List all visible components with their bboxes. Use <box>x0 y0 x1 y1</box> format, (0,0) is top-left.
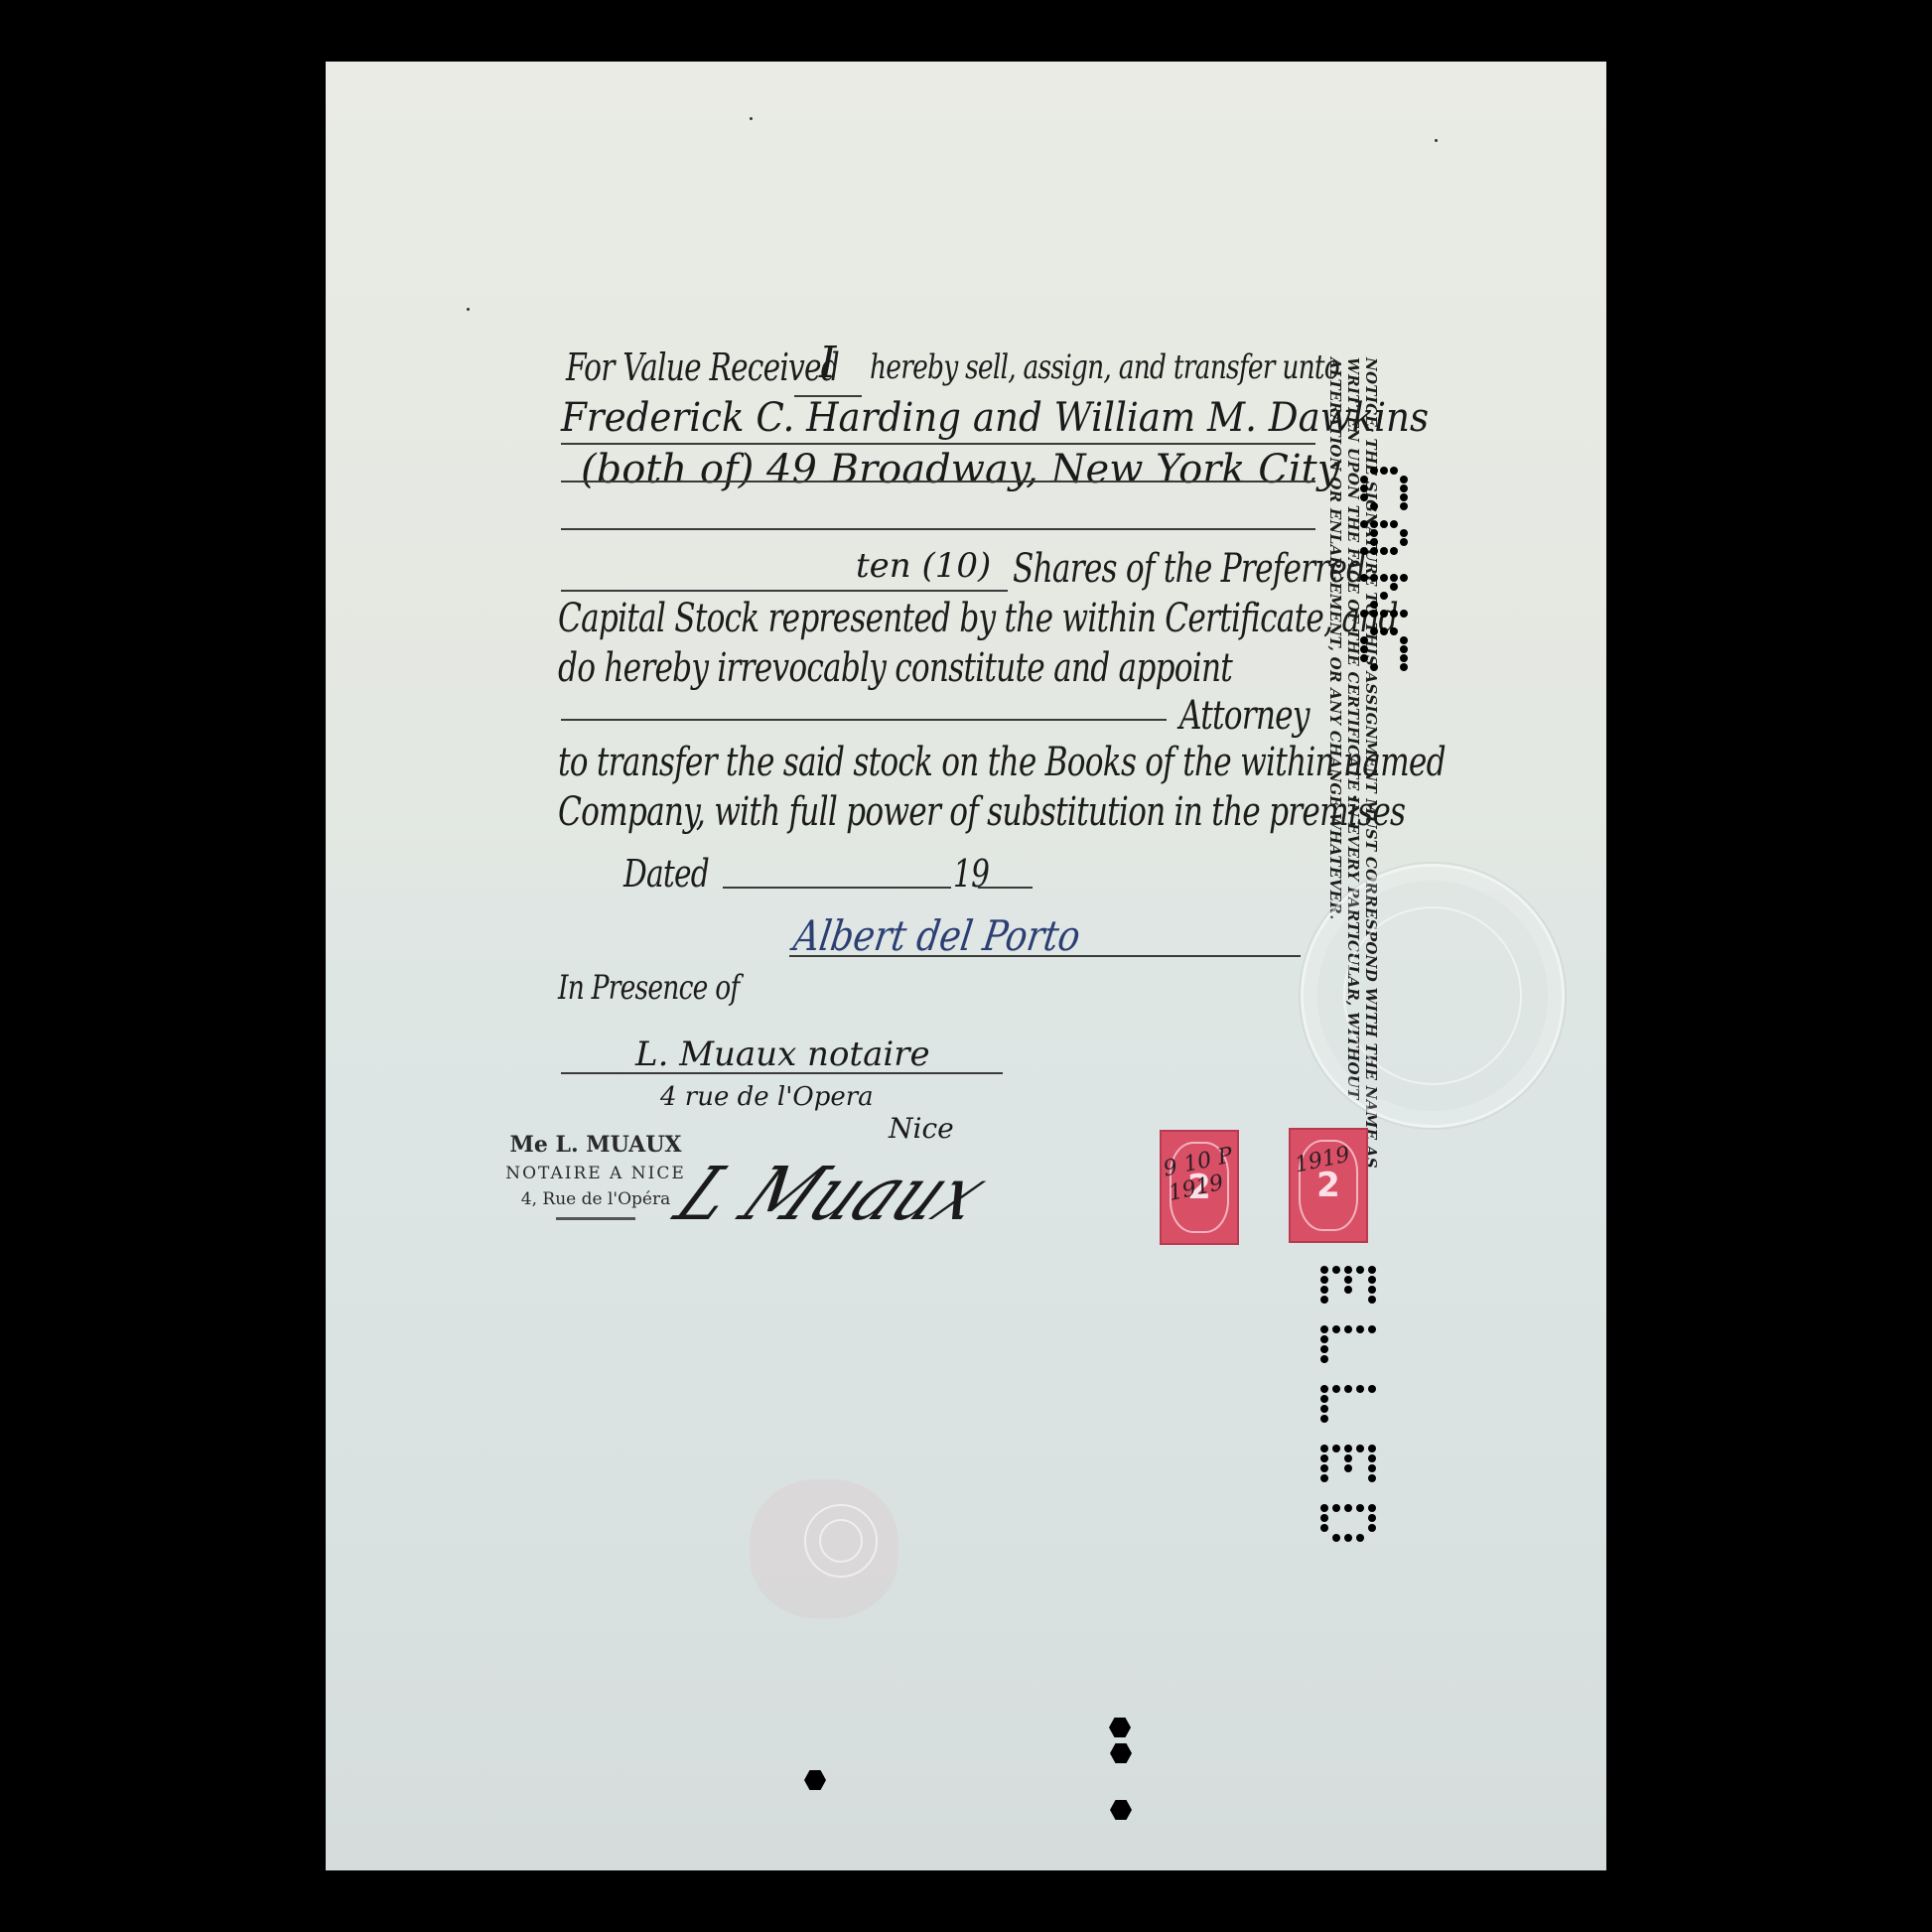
witness-city: Nice <box>889 1112 954 1145</box>
perforation-dot <box>1400 574 1408 582</box>
perforation-dot <box>1390 467 1398 475</box>
perforation-dot <box>1332 1445 1340 1452</box>
company-text: Company, with full power of substitution… <box>558 789 1405 835</box>
year-line <box>978 887 1033 889</box>
perforation-dot <box>1400 529 1408 537</box>
perforation-dot <box>1320 1296 1328 1304</box>
perforation-dot <box>1344 1464 1352 1472</box>
embossed-revenue-mark <box>750 1479 898 1618</box>
revenue-stamp-2: 2 1919 <box>1289 1128 1368 1243</box>
perforation-dot <box>1390 627 1398 635</box>
paper-speck <box>750 117 753 120</box>
emboss-ring-inner <box>819 1519 863 1563</box>
perforation-dot <box>1400 663 1408 671</box>
perforation-dot <box>1390 574 1398 582</box>
signature-line <box>789 955 1301 957</box>
perforation-dot <box>1400 476 1408 483</box>
perforation-dot <box>1360 636 1368 644</box>
perforation-dot <box>1370 502 1378 510</box>
perforation-dot <box>1320 1345 1328 1353</box>
dated-label: Dated <box>623 852 709 896</box>
perforation-dot <box>1356 1325 1364 1333</box>
perforation-dot <box>1344 1454 1352 1462</box>
perforation-dot <box>1368 1276 1376 1284</box>
perforation-dot <box>1332 1534 1340 1542</box>
perforation-dot <box>1344 1286 1352 1294</box>
perforation-dot <box>1360 610 1368 618</box>
perforation-dot <box>1344 1445 1352 1452</box>
corporate-seal <box>1301 864 1565 1128</box>
notary-stamp-title: NOTAIRE A NICE <box>477 1164 715 1183</box>
seal-inner-ring <box>1343 906 1522 1085</box>
perforation-dot <box>1370 467 1378 475</box>
perforation-dot <box>1400 645 1408 653</box>
shares-line <box>561 590 1008 592</box>
date-line <box>723 887 951 889</box>
perforation-dot <box>1344 1276 1352 1284</box>
perforation-dot <box>1368 1514 1376 1522</box>
paper-speck <box>1435 139 1438 142</box>
perforation-dot <box>1320 1355 1328 1363</box>
perforation-dot <box>1400 610 1408 618</box>
perforation-dot <box>1360 476 1368 483</box>
for-value-received-label: For Value Received <box>566 345 839 389</box>
perforation-dot <box>1380 520 1388 528</box>
perforation-dot <box>1368 1286 1376 1294</box>
perforation-dot <box>1370 663 1378 671</box>
shares-label: Shares of the Preferred <box>1013 546 1365 592</box>
perforation-dot <box>1360 654 1368 662</box>
perforation-dot <box>1320 1445 1328 1452</box>
perforation-dot <box>1320 1504 1328 1512</box>
perforation-dot <box>1370 547 1378 555</box>
perforation-dot <box>1370 529 1378 537</box>
perforation-dot <box>1320 1266 1328 1274</box>
perforation-dot <box>1344 1504 1352 1512</box>
perforation-dot <box>1320 1335 1328 1343</box>
perforation-dot <box>1390 520 1398 528</box>
perforation-dot <box>1368 1504 1376 1512</box>
perforation-dot <box>1360 520 1368 528</box>
paper-speck <box>467 308 470 311</box>
attorney-label: Attorney <box>1179 693 1310 739</box>
perforation-cancel-top <box>1360 467 1410 784</box>
perforation-dot <box>1360 493 1368 501</box>
capital-stock-text: Capital Stock represented by the within … <box>558 596 1398 641</box>
perforation-dot <box>1320 1325 1328 1333</box>
perforation-dot <box>1356 1534 1364 1542</box>
perforation-dot <box>1380 467 1388 475</box>
perforation-dot <box>1332 1325 1340 1333</box>
perforation-dot <box>1320 1514 1328 1522</box>
perforation-dot <box>1370 601 1378 609</box>
notary-stamp-name: Me L. MUAUX <box>477 1132 715 1158</box>
perforation-dot <box>1390 610 1398 618</box>
perforation-dot <box>1368 1445 1376 1452</box>
perforation-dot <box>1332 1385 1340 1393</box>
perforation-dot <box>1344 1534 1352 1542</box>
perforation-dot <box>1320 1286 1328 1294</box>
assignor-signature: Albert del Porto <box>790 911 1083 960</box>
perforation-dot <box>1356 1504 1364 1512</box>
assignee-line-1 <box>561 443 1315 445</box>
perforation-dot <box>1368 1325 1376 1333</box>
perforation-dot <box>1368 1464 1376 1472</box>
perforation-dot <box>1380 574 1388 582</box>
perforation-dot <box>1332 1504 1340 1512</box>
transfer-text: to transfer the said stock on the Books … <box>558 740 1446 785</box>
perforation-dot <box>1332 1266 1340 1274</box>
perforation-dot <box>1368 1474 1376 1482</box>
revenue-stamp-1: 2 9 10 P 1919 <box>1160 1130 1239 1245</box>
perforation-dot <box>1368 1296 1376 1304</box>
perforation-dot <box>1360 547 1368 555</box>
transfer-unto-label: hereby sell, assign, and transfer unto <box>870 347 1339 387</box>
assignor-pronoun: I <box>819 338 836 388</box>
shares-count: ten (10) <box>856 546 991 586</box>
witness-address: 4 rue de l'Opera <box>660 1082 874 1112</box>
assignee-line-2 <box>561 481 1315 483</box>
assignee-names: Frederick C. Harding and William M. Dawk… <box>561 395 1429 441</box>
perforation-dot <box>1400 538 1408 546</box>
perforation-dot <box>1390 547 1398 555</box>
notary-stamp-ornament <box>556 1217 635 1220</box>
perforation-dot <box>1320 1415 1328 1423</box>
perforation-cancel-bottom <box>1320 1266 1400 1593</box>
perforation-dot <box>1344 1266 1352 1274</box>
perforation-dot <box>1380 627 1388 635</box>
perforation-dot <box>1380 592 1388 600</box>
perforation-dot <box>1400 493 1408 501</box>
perforation-dot <box>1400 484 1408 492</box>
assignee-line-3 <box>561 528 1315 530</box>
perforation-dot <box>1380 547 1388 555</box>
perforation-dot <box>1370 574 1378 582</box>
witness-name: L. Muaux notaire <box>635 1035 930 1074</box>
perforation-dot <box>1320 1454 1328 1462</box>
perforation-dot <box>1356 1385 1364 1393</box>
perforation-dot <box>1320 1276 1328 1284</box>
perforation-dot <box>1368 1266 1376 1274</box>
perforation-dot <box>1368 1524 1376 1532</box>
witness-line <box>561 1072 1003 1074</box>
in-presence-of-label: In Presence of <box>558 968 739 1008</box>
perforation-dot <box>1356 1445 1364 1452</box>
notary-stamp-address: 4, Rue de l'Opéra <box>477 1189 715 1209</box>
perforation-dot <box>1400 636 1408 644</box>
perforation-dot <box>1344 1325 1352 1333</box>
perforation-dot <box>1320 1405 1328 1413</box>
perforation-dot <box>1360 645 1368 653</box>
perforation-dot <box>1320 1395 1328 1403</box>
appoint-text: do hereby irrevocably constitute and app… <box>558 645 1232 691</box>
perforation-dot <box>1320 1474 1328 1482</box>
perforation-dot <box>1320 1524 1328 1532</box>
perforation-dot <box>1400 502 1408 510</box>
notary-stamp: Me L. MUAUX NOTAIRE A NICE 4, Rue de l'O… <box>477 1132 715 1220</box>
attorney-line <box>561 719 1167 721</box>
perforation-dot <box>1368 1454 1376 1462</box>
perforation-dot <box>1368 1385 1376 1393</box>
perforation-dot <box>1360 574 1368 582</box>
perforation-dot <box>1370 610 1378 618</box>
perforation-dot <box>1360 484 1368 492</box>
perforation-dot <box>1390 583 1398 591</box>
assignee-address: (both of) 49 Broadway, New York City <box>581 447 1339 492</box>
perforation-dot <box>1370 520 1378 528</box>
year-prefix: 19 <box>953 852 989 896</box>
perforation-dot <box>1400 654 1408 662</box>
perforation-dot <box>1380 610 1388 618</box>
perforation-dot <box>1344 1385 1352 1393</box>
perforation-dot <box>1370 538 1378 546</box>
perforation-dot <box>1320 1464 1328 1472</box>
perforation-dot <box>1370 627 1378 635</box>
perforation-dot <box>1320 1385 1328 1393</box>
perforation-dot <box>1356 1266 1364 1274</box>
